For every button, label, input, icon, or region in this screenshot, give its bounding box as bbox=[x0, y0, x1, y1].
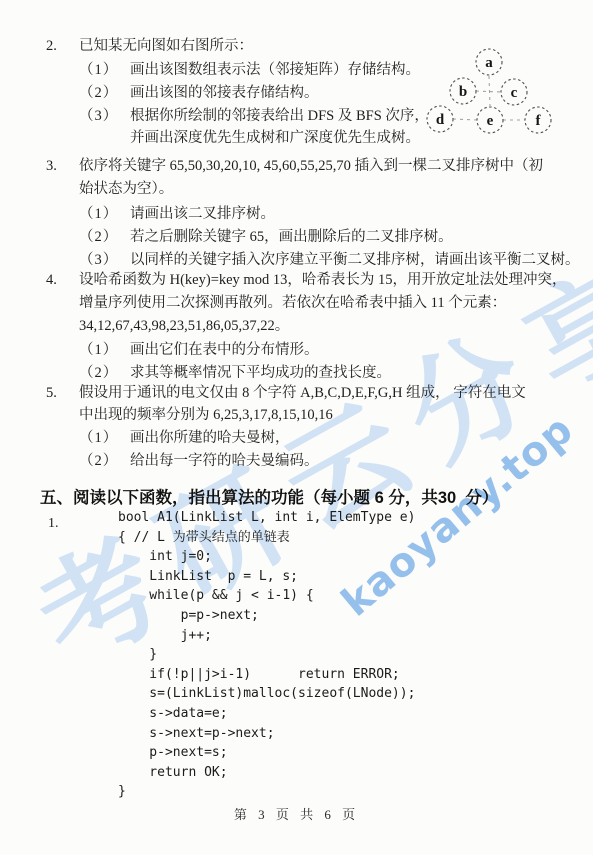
question-5-item-1-label: （1） bbox=[79, 428, 118, 448]
question-3-number: 3. bbox=[46, 156, 57, 176]
node-label-f: f bbox=[536, 113, 542, 129]
question-3-item-2-text: 若之后删除关键字 65，画出删除后的二叉排序树。 bbox=[130, 227, 453, 247]
question-5-item-2-label: （2） bbox=[79, 451, 118, 471]
question-2-number: 2. bbox=[46, 36, 57, 56]
edge-d-e bbox=[453, 119, 477, 120]
question-2-item-1-label: （1） bbox=[79, 60, 118, 80]
question-5-item-2-text: 给出每一字符的哈夫曼编码。 bbox=[130, 451, 319, 471]
question-5-intro-line-2: 中出现的频率分别为 6,25,3,17,8,15,10,16 bbox=[79, 405, 333, 425]
question-3-intro-line-1: 依序将关键字 65,50,30,20,10, 45,60,55,25,70 插入… bbox=[79, 156, 543, 176]
question-4-item-2-text: 求其等概率情况下平均成功的查找长度。 bbox=[130, 363, 391, 383]
section-5-heading: 五、阅读以下函数，指出算法的功能（每小题 6 分，共30 分） bbox=[40, 484, 498, 508]
question-2-intro: 已知某无向图如右图所示： bbox=[79, 36, 253, 56]
question-4-number: 4. bbox=[46, 270, 57, 290]
undirected-graph-figure: a b c d e f bbox=[424, 44, 574, 144]
edge-a-e bbox=[489, 76, 490, 106]
node-label-b: b bbox=[459, 84, 467, 100]
node-label-a: a bbox=[485, 55, 493, 71]
question-4-item-2-label: （2） bbox=[79, 363, 118, 383]
question-3-item-1-text: 请画出该二叉排序树。 bbox=[130, 204, 275, 224]
question-2-item-2-text: 画出该图的邻接表存储结构。 bbox=[130, 83, 319, 103]
code-block-a1: bool A1(LinkList L, int i, ElemType e) {… bbox=[118, 508, 415, 802]
question-5-number: 5. bbox=[46, 383, 57, 403]
question-3-item-3-label: （3） bbox=[79, 250, 118, 270]
question-4-intro-line-1: 设哈希函数为 H(key)=key mod 13，哈希表长为 15，用开放定址法… bbox=[79, 270, 566, 290]
exam-scan-page: 考研云分享 kaoyany.top 2. 已知某无向图如右图所示： （1） 画出… bbox=[0, 0, 593, 855]
question-3-intro-line-2: 始状态为空）。 bbox=[79, 179, 173, 199]
question-3-item-3-text: 以同样的关键字插入次序建立平衡二叉排序树，请画出该平衡二叉树。 bbox=[130, 250, 580, 270]
graph-node-labels: a b c d e f bbox=[436, 55, 542, 129]
node-label-e: e bbox=[487, 113, 494, 129]
question-2-item-1-text: 画出该图数组表示法（邻接矩阵）存储结构。 bbox=[130, 60, 420, 80]
question-2-item-3-text-line-2: 并画出深度优先生成树和广深度优先生成树。 bbox=[130, 128, 420, 148]
question-2-item-2-label: （2） bbox=[79, 83, 118, 103]
node-label-c: c bbox=[511, 85, 518, 101]
question-4-intro-line-3: 34,12,67,43,98,23,51,86,05,37,22。 bbox=[79, 316, 289, 336]
node-label-d: d bbox=[436, 112, 445, 128]
question-4-item-1-text: 画出它们在表中的分布情形。 bbox=[130, 340, 319, 360]
question-4-intro-line-2: 增量序列使用二次探测再散列。若依次在哈希表中插入 11 个元素： bbox=[79, 293, 506, 313]
question-5-item-1-text: 画出你所建的哈夫曼树， bbox=[130, 428, 290, 448]
page-footer: 第 3 页 共 6 页 bbox=[0, 804, 593, 823]
question-3-item-1-label: （1） bbox=[79, 204, 118, 224]
question-3-item-2-label: （2） bbox=[79, 227, 118, 247]
question-4-item-1-label: （1） bbox=[79, 340, 118, 360]
question-2-item-3-label: （3） bbox=[79, 106, 118, 126]
edge-b-c bbox=[476, 91, 501, 92]
question-2-item-3-text-line-1: 根据你所绘制的邻接表给出 DFS 及 BFS 次序， bbox=[130, 106, 429, 126]
code-item-number: 1. bbox=[48, 514, 59, 534]
question-5-intro-line-1: 假设用于通讯的电文仅由 8 个字符 A,B,C,D,E,F,G,H 组成， 字符… bbox=[79, 383, 526, 403]
